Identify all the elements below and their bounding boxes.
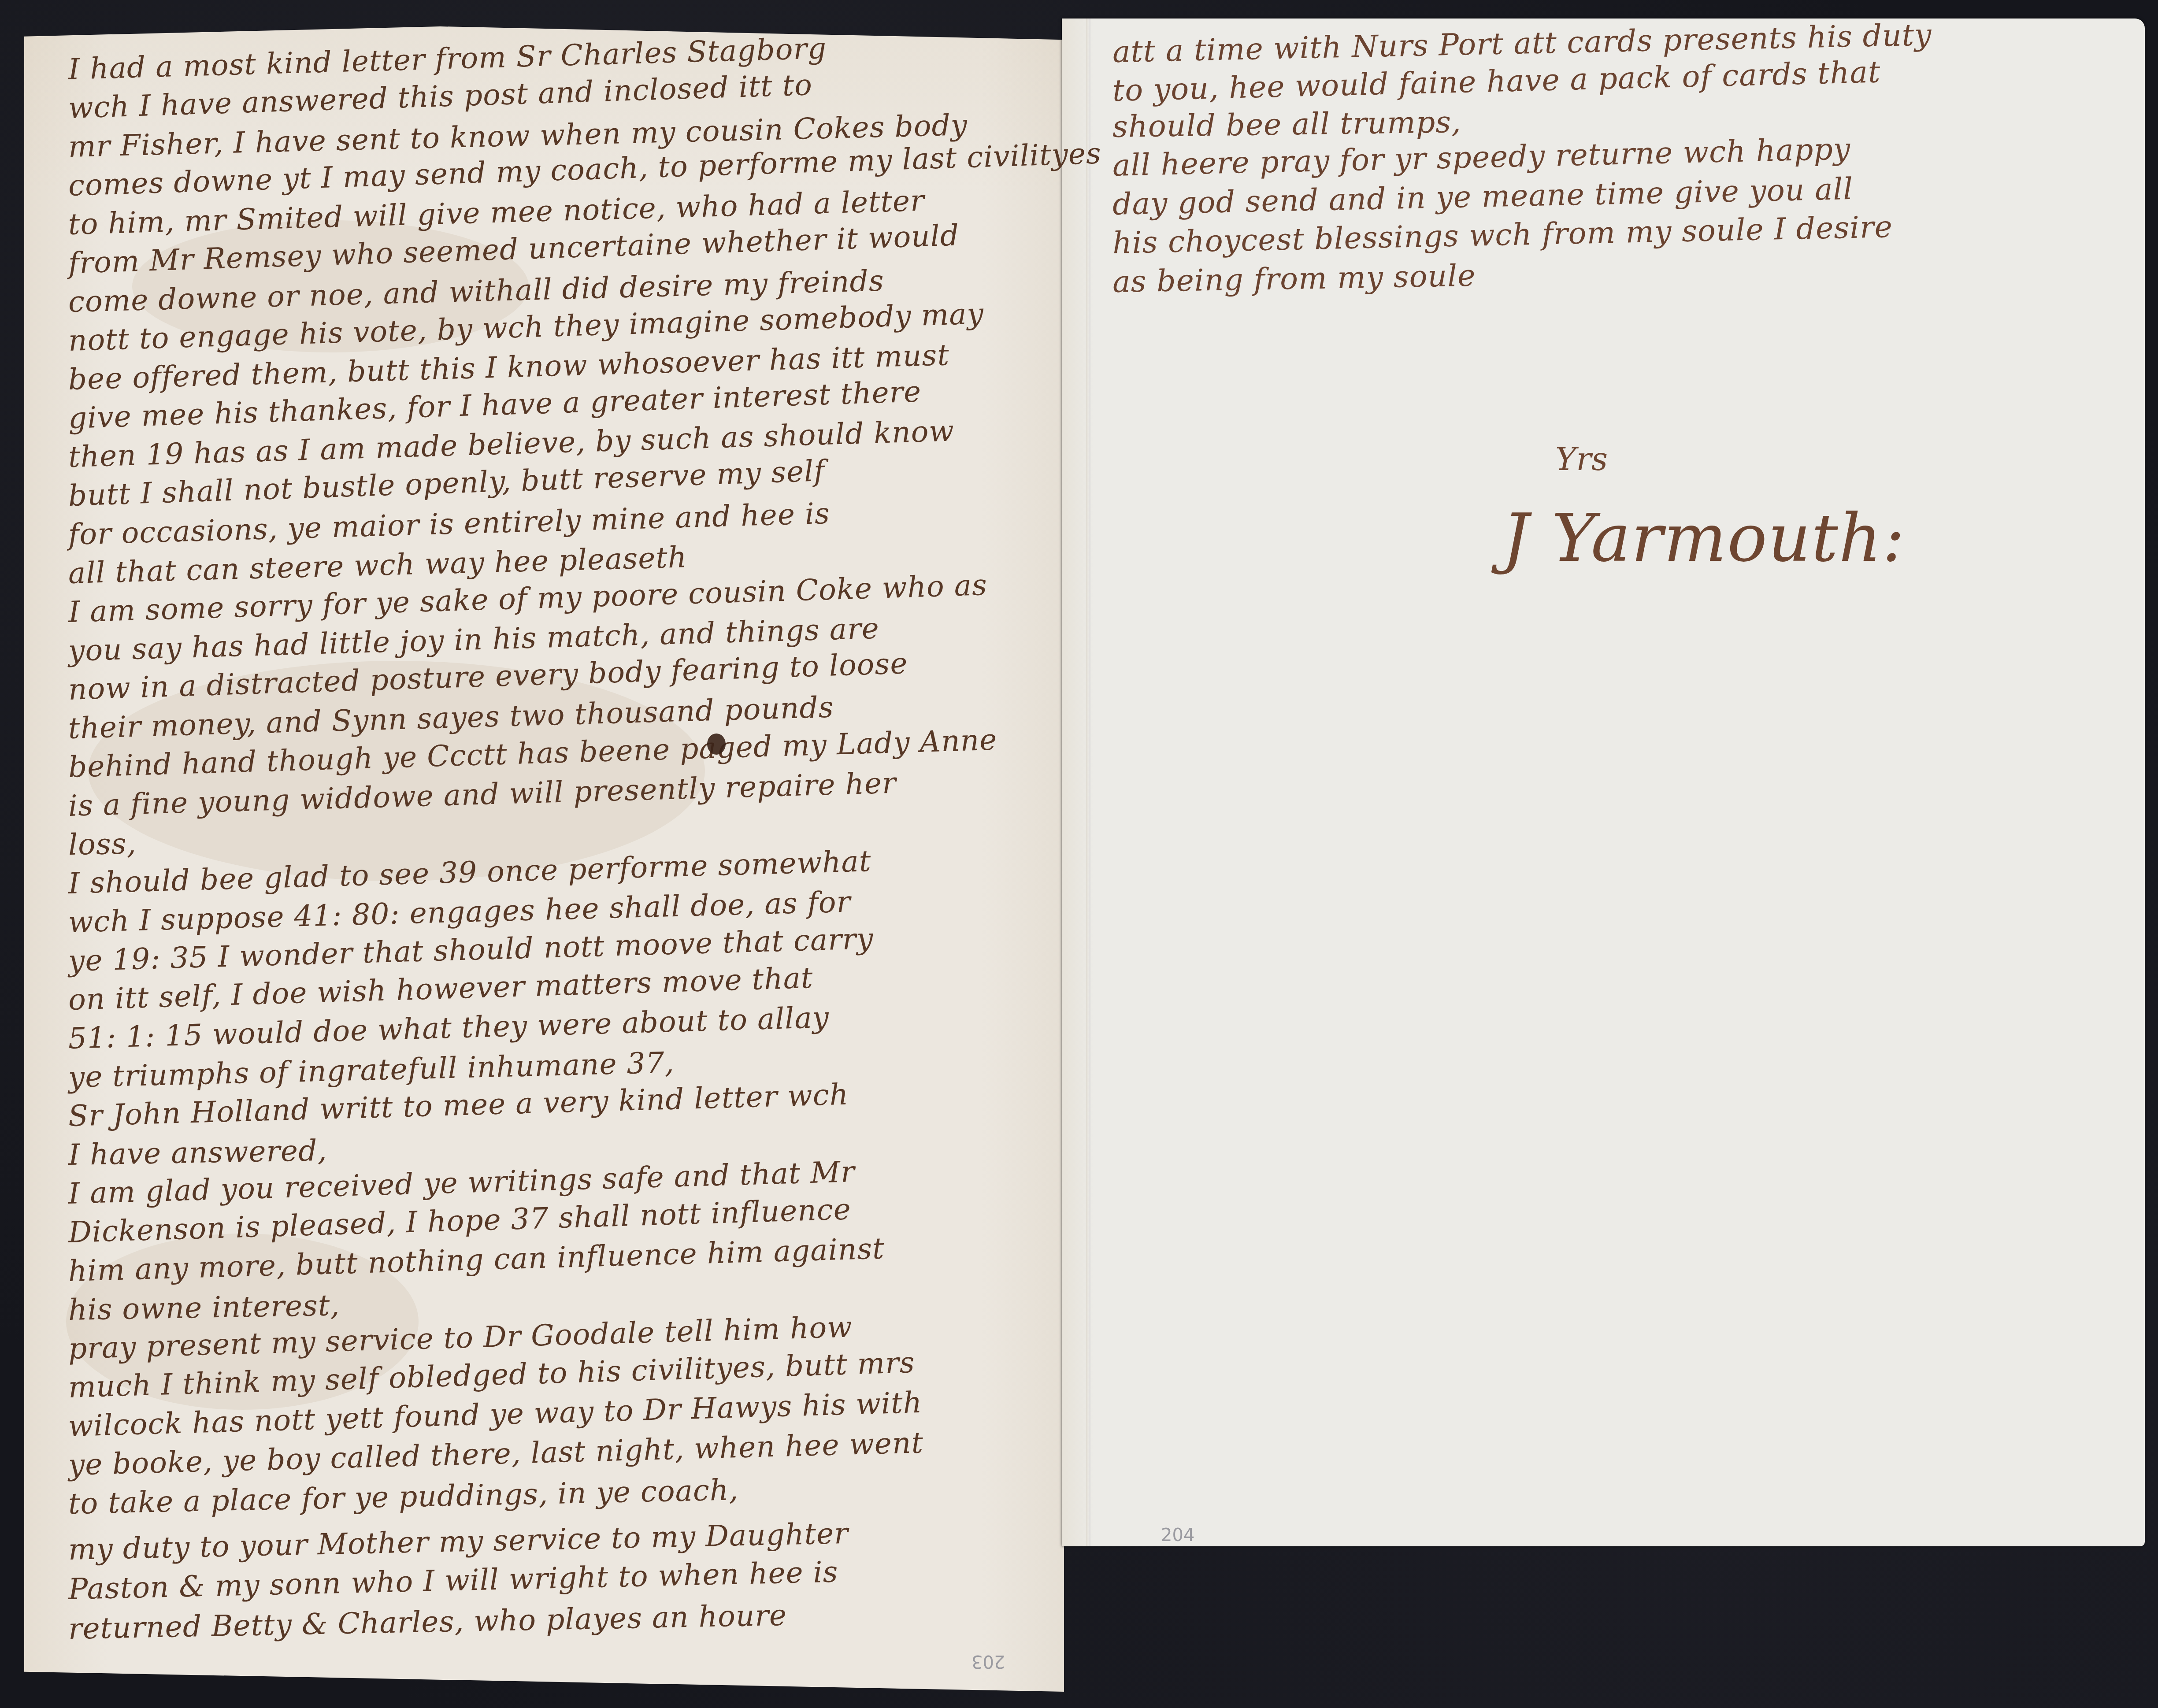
manuscript-line: I have answered, [68,1136,327,1170]
letter-signature: J Yarmouth: [1502,500,1906,577]
manuscript-line: loss, [68,829,137,860]
page-fold-spine [1086,19,1090,1546]
folio-number-right: 204 [1161,1525,1194,1545]
manuscript-line: as being from my soule [1112,261,1476,297]
letter-signoff: Yrs [1555,441,1608,478]
folio-number-left: 203 [971,1651,1005,1671]
manuscript-line: his owne interest, [68,1291,340,1325]
ink-blot [707,734,726,755]
manuscript-line: should bee all trumps, [1112,107,1462,142]
